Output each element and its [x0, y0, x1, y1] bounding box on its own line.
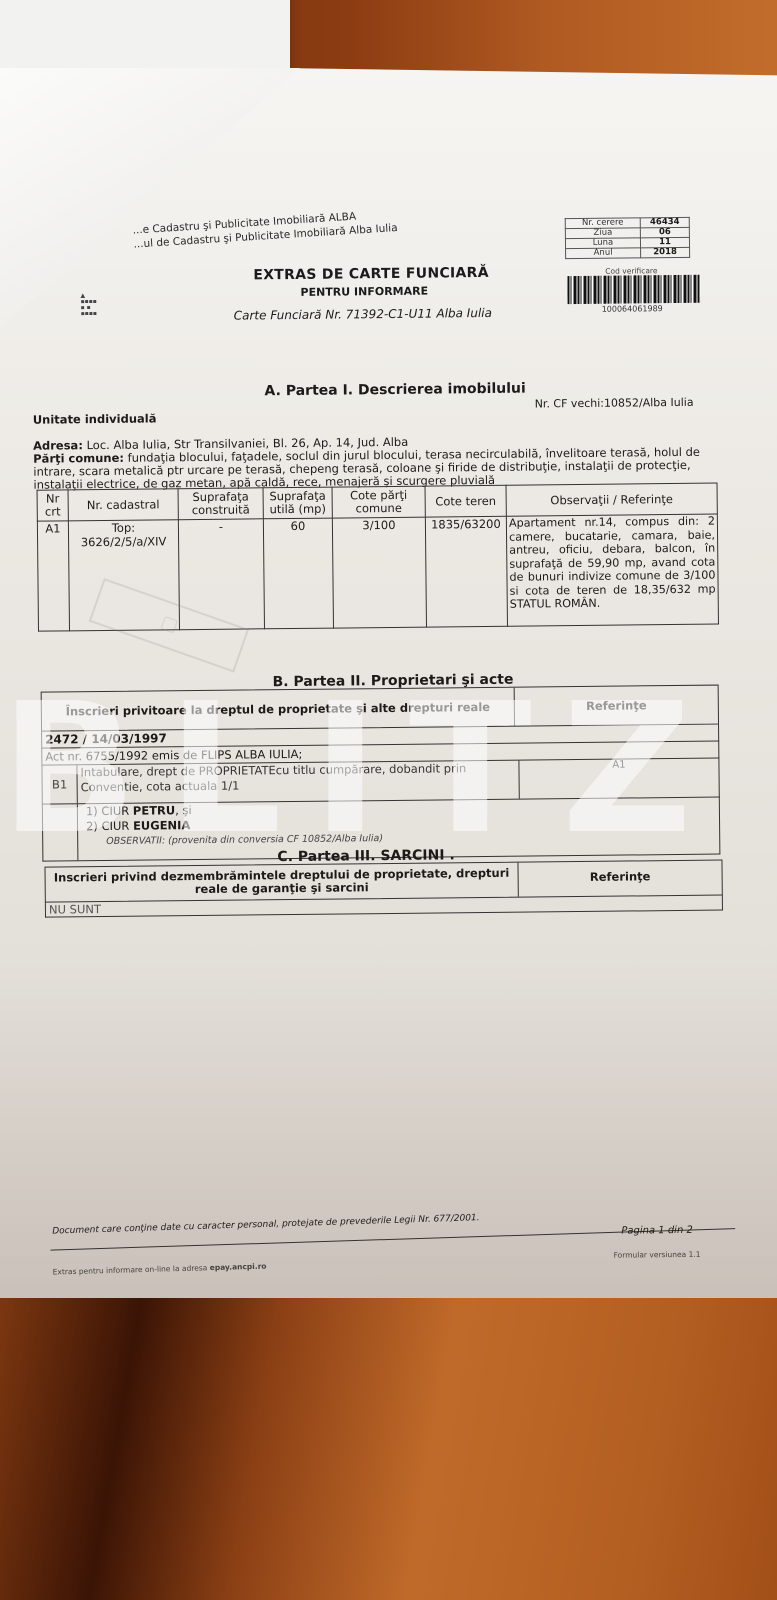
entry-text: Intabulare, drept de PROPRIETATEcu titlu…	[76, 761, 519, 804]
col-referinte: Referinţe	[515, 698, 718, 714]
col-nr-cadastral: Nr. cadastral	[68, 489, 178, 521]
lighting-shade	[0, 968, 777, 1368]
barcode-icon	[567, 275, 700, 304]
unit-type-label: Unitate individuală	[33, 411, 157, 426]
request-row: Anul2018	[566, 247, 690, 258]
col-nr-crt: Nr crt	[37, 490, 68, 521]
owners-table: Înscrieri privitoare la dreptul de propr…	[41, 685, 721, 862]
document-subtitle: PENTRU INFORMARE	[300, 285, 428, 299]
agency-header: ...e Cadastru şi Publicitate Imobiliară …	[132, 207, 398, 252]
part-a-heading: A. Partea I. Descrierea imobilului	[264, 381, 525, 400]
col-suprafata-utila: Suprafaţa utilă (mp)	[263, 487, 332, 519]
document-title: EXTRAS DE CARTE FUNCIARĂ	[253, 265, 489, 283]
col-inscrieri-sarcini: Inscrieri privind dezmembrămintele drept…	[45, 863, 518, 902]
entry-reference: A1	[519, 759, 718, 799]
encumbrances-table: Inscrieri privind dezmembrămintele drept…	[44, 860, 722, 918]
document-page: ...e Cadastru şi Publicitate Imobiliară …	[0, 68, 777, 1298]
col-suprafata-construita: Suprafaţa construită	[178, 488, 263, 520]
col-referinte: Referinţe	[518, 861, 721, 897]
col-cote-teren: Cote teren	[425, 485, 506, 517]
col-inscrieri: Înscrieri privitoare la dreptul de propr…	[42, 688, 515, 731]
carte-funciara-number: Carte Funciară Nr. 71392-C1-U11 Alba Iul…	[234, 306, 492, 323]
col-observatii: Observaţii / Referinţe	[506, 483, 717, 516]
ancpi-logo-icon: ▲▪▪▪▪▪ ▪▪▪▪▪	[80, 293, 110, 315]
barcode-number: 100064061989	[602, 304, 663, 314]
old-cf-number: Nr. CF vechi:10852/Alba Iulia	[535, 396, 694, 411]
request-info-box: Nr. cerere46434 Ziua06 Luna11 Anul2018	[565, 217, 690, 259]
entry-id: B1	[42, 765, 76, 803]
col-cote-parti-comune: Cote părţi comune	[332, 486, 425, 518]
